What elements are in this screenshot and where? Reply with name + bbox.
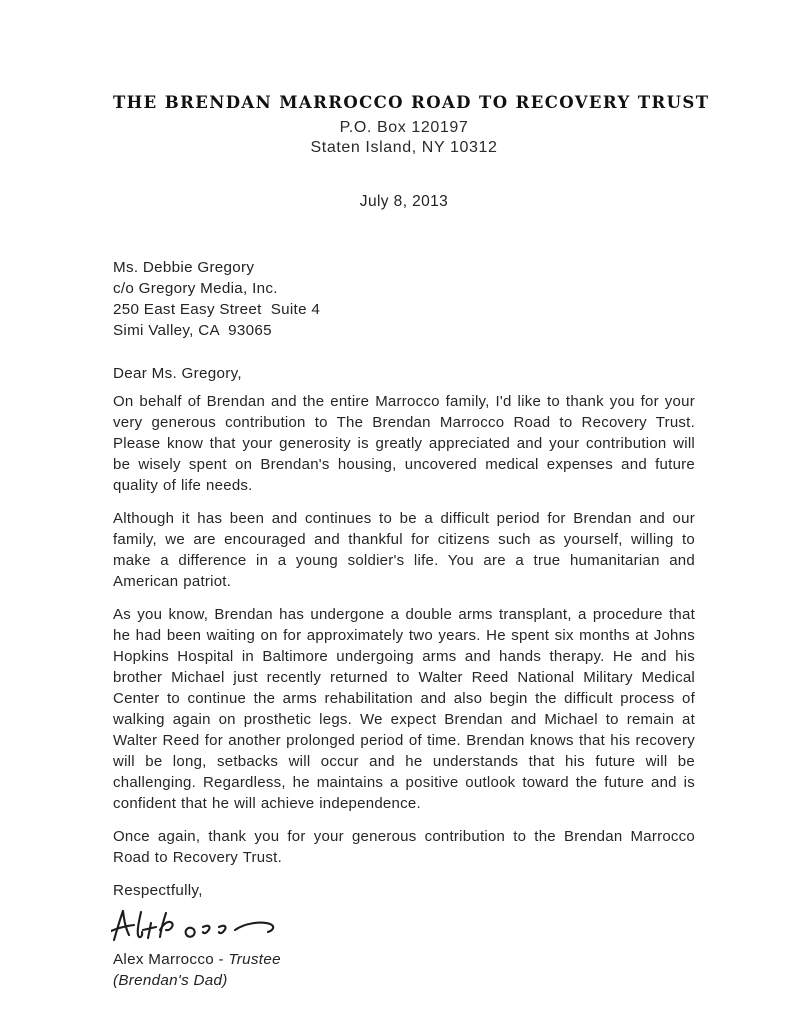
valediction: Respectfully,: [113, 880, 695, 901]
salutation: Dear Ms. Gregory,: [113, 363, 695, 384]
letter-date: July 8, 2013: [113, 192, 695, 212]
recipient-name: Ms. Debbie Gregory: [113, 257, 695, 278]
recipient-address-block: Ms. Debbie Gregory c/o Gregory Media, In…: [113, 257, 695, 341]
body-paragraph-2: Although it has been and continues to be…: [113, 508, 695, 592]
letter-body: On behalf of Brendan and the entire Marr…: [113, 391, 695, 868]
org-name: THE BRENDAN MARROCCO ROAD TO RECOVERY TR…: [113, 92, 695, 114]
signer-name-line: Alex Marrocco - Trustee: [113, 949, 695, 970]
body-paragraph-4: Once again, thank you for your generous …: [113, 826, 695, 868]
body-paragraph-1: On behalf of Brendan and the entire Marr…: [113, 391, 695, 496]
letter-page: THE BRENDAN MARROCCO ROAD TO RECOVERY TR…: [0, 0, 800, 1032]
letterhead: THE BRENDAN MARROCCO ROAD TO RECOVERY TR…: [113, 92, 695, 158]
handwritten-signature-icon: [111, 903, 695, 949]
org-address-line2: Staten Island, NY 10312: [113, 138, 695, 158]
signer-title: Trustee: [228, 951, 280, 968]
closing-block: Respectfully, Alex M: [113, 880, 695, 991]
signer-note: (Brendan's Dad): [113, 970, 695, 991]
recipient-street: 250 East Easy Street Suite 4: [113, 299, 695, 320]
org-address-line1: P.O. Box 120197: [113, 118, 695, 138]
body-paragraph-3: As you know, Brendan has undergone a dou…: [113, 604, 695, 814]
recipient-company: c/o Gregory Media, Inc.: [113, 278, 695, 299]
recipient-city-state-zip: Simi Valley, CA 93065: [113, 320, 695, 341]
signer-name: Alex Marrocco -: [113, 951, 228, 968]
